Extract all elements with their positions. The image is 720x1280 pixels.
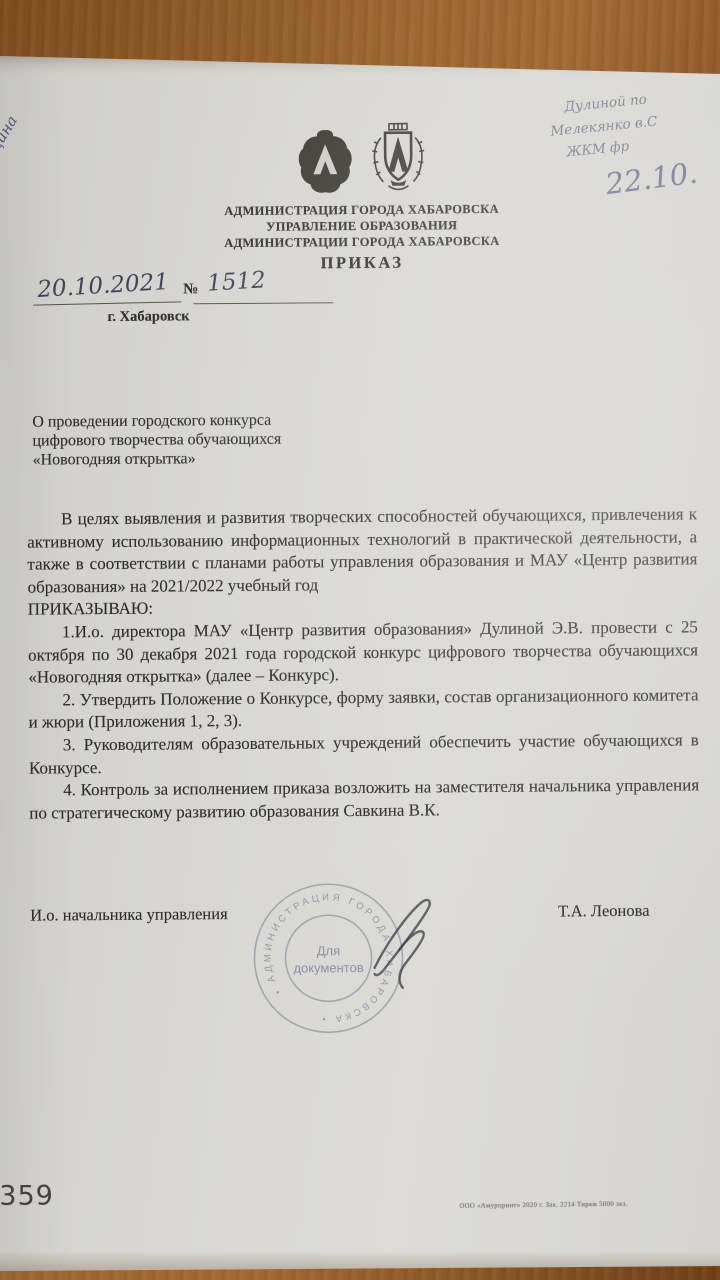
subject-line-1: О проведении городского конкурса — [32, 411, 281, 432]
document-subject: О проведении городского конкурса цифрово… — [32, 411, 281, 470]
handwritten-resolution-note: Дулиной по Мелекянко в.С ЖКМ фр 22.10. — [548, 87, 699, 204]
signatory-position: И.о. начальника управления — [30, 904, 228, 926]
preamble-paragraph: В целях выявления и развития творческих … — [27, 503, 698, 599]
number-sign: № — [183, 281, 198, 298]
signature-stroke — [399, 931, 424, 987]
order-item-3: 3. Руководителям образовательных учрежде… — [29, 729, 699, 779]
stamp-center-line-1: Для — [317, 943, 341, 958]
date-underline — [33, 301, 181, 305]
document-paper: ова ницина Дулиной по Мелекянко в.С ЖКМ … — [0, 0, 720, 1280]
order-item-1: 1.И.о. директора МАУ «Центр развития обр… — [28, 616, 699, 689]
number-underline — [193, 302, 333, 304]
handwritten-document-number: 1512 — [206, 267, 266, 296]
signatory-name: Т.А. Леонова — [558, 901, 650, 922]
handwritten-corner-note: ова ницина — [0, 104, 21, 172]
corner-note-line: ницина — [0, 113, 21, 172]
subject-line-3: «Новогодняя открытка» — [33, 449, 282, 470]
khabarovsk-city-coat-of-arms-icon — [366, 121, 431, 196]
resolution-date: 22.10. — [604, 156, 700, 202]
page-number: 359 — [0, 1180, 54, 1211]
subject-line-2: цифрового творчества обучающихся — [32, 430, 281, 451]
document-body: В целях выявления и развития творческих … — [27, 503, 699, 825]
issuing-authority-block: АДМИНИСТРАЦИЯ ГОРОДА ХАБАРОВСКА УПРАВЛЕН… — [57, 201, 667, 253]
place-line: г. Хабаровск — [107, 308, 189, 326]
org-line-3: АДМИНИСТРАЦИИ ГОРОДА ХАБАРОВСКА — [57, 232, 667, 253]
printer-imprint: ООО «Амурпринт» 2020 г. Зак. 2214 Тираж … — [459, 1200, 689, 1210]
khabarovsk-krai-coat-of-arms-icon — [296, 128, 355, 196]
document-content: ова ницина Дулиной по Мелекянко в.С ЖКМ … — [0, 0, 720, 1280]
order-item-4: 4. Контроль за исполнением приказа возло… — [29, 774, 699, 824]
pen-signature — [352, 879, 453, 1010]
order-item-2: 2. Утвердить Положение о Конкурсе, форму… — [28, 684, 698, 734]
photographed-document-scene: ова ницина Дулиной по Мелекянко в.С ЖКМ … — [0, 0, 720, 1280]
